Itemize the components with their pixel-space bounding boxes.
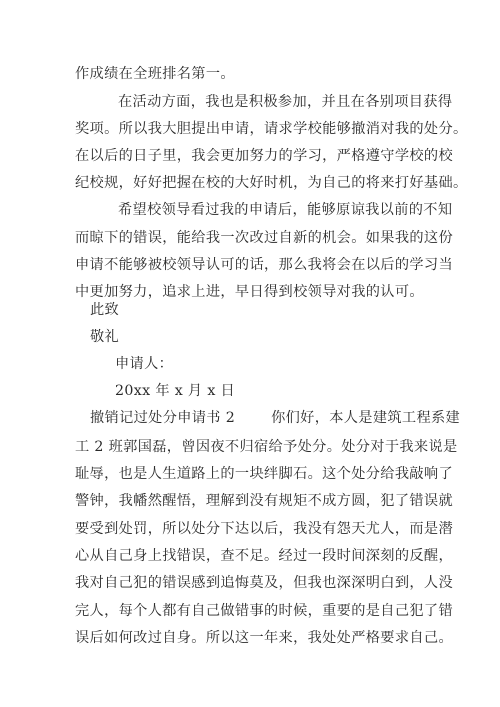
- second-letter-line-5: 心从自己身上找错误，查不足。经过一段时间深刻的反醒，: [75, 546, 453, 566]
- text-line-1: 作成绩在全班排名第一。: [75, 64, 235, 84]
- paragraph-activities-start: 在活动方面，我也是积极参加，并且在各别项目获得: [118, 92, 452, 112]
- text-line-7: 而晾下的错误，能给我一次改过自新的机会。如果我的这份: [75, 228, 453, 248]
- second-letter-line-6: 我对自己犯的错误感到追悔莫及，但我也深深明白到，人没: [75, 573, 453, 593]
- applicant-label: 申请人：: [115, 354, 173, 374]
- second-letter-line-3: 警钟，我幡然醒悟，理解到没有规矩不成方圆，犯了错误就: [75, 491, 453, 511]
- second-letter-line-7: 完人，每个人都有自己做错事的时候，重要的是自己犯了错: [75, 601, 453, 621]
- signature-date: 20xx 年 x 月 x 日: [115, 381, 235, 401]
- text-line-5: 纪校规，好好把握在校的大好时机，为自己的将来打好基础。: [75, 173, 468, 193]
- text-line-4: 在以后的日子里，我会更加努力的学习，严格遵守学校的校: [75, 146, 453, 166]
- text-line-9: 中更加努力，追求上进，早日得到校领导对我的认可。: [75, 282, 424, 302]
- second-letter-heading-line: 撤销记过处分申请书 2你们好，本人是建筑工程系建: [90, 408, 460, 428]
- paragraph-hope-start: 希望校领导看过我的申请后，能够原谅我以前的不知: [118, 200, 452, 220]
- text-line-8: 申请不能够被校领导认可的话，那么我将会在以后的学习当: [75, 255, 453, 275]
- second-letter-opening: 你们好，本人是建筑工程系建: [271, 410, 460, 426]
- document-page: 作成绩在全班排名第一。 在活动方面，我也是积极参加，并且在各别项目获得 奖项。所…: [0, 0, 500, 707]
- closing-line-1: 此致: [90, 300, 119, 320]
- second-letter-title: 撤销记过处分申请书 2: [90, 410, 235, 426]
- second-letter-line-4: 要受到处罚，所以处分下达以后，我没有怨天尤人，而是潜: [75, 519, 453, 539]
- closing-line-2: 敬礼: [90, 327, 119, 347]
- second-letter-line-2: 耻辱，也是人生道路上的一块绊脚石。这个处分给我敲响了: [75, 464, 453, 484]
- second-letter-line-1: 工 2 班郭国磊，曾因夜不归宿给予处分。处分对于我来说是: [75, 437, 458, 457]
- text-line-3: 奖项。所以我大胆提出申请，请求学校能够撤消对我的处分。: [75, 119, 468, 139]
- second-letter-line-8: 误后如何改过自身。所以这一年来，我处处严格要求自己。: [75, 628, 453, 648]
